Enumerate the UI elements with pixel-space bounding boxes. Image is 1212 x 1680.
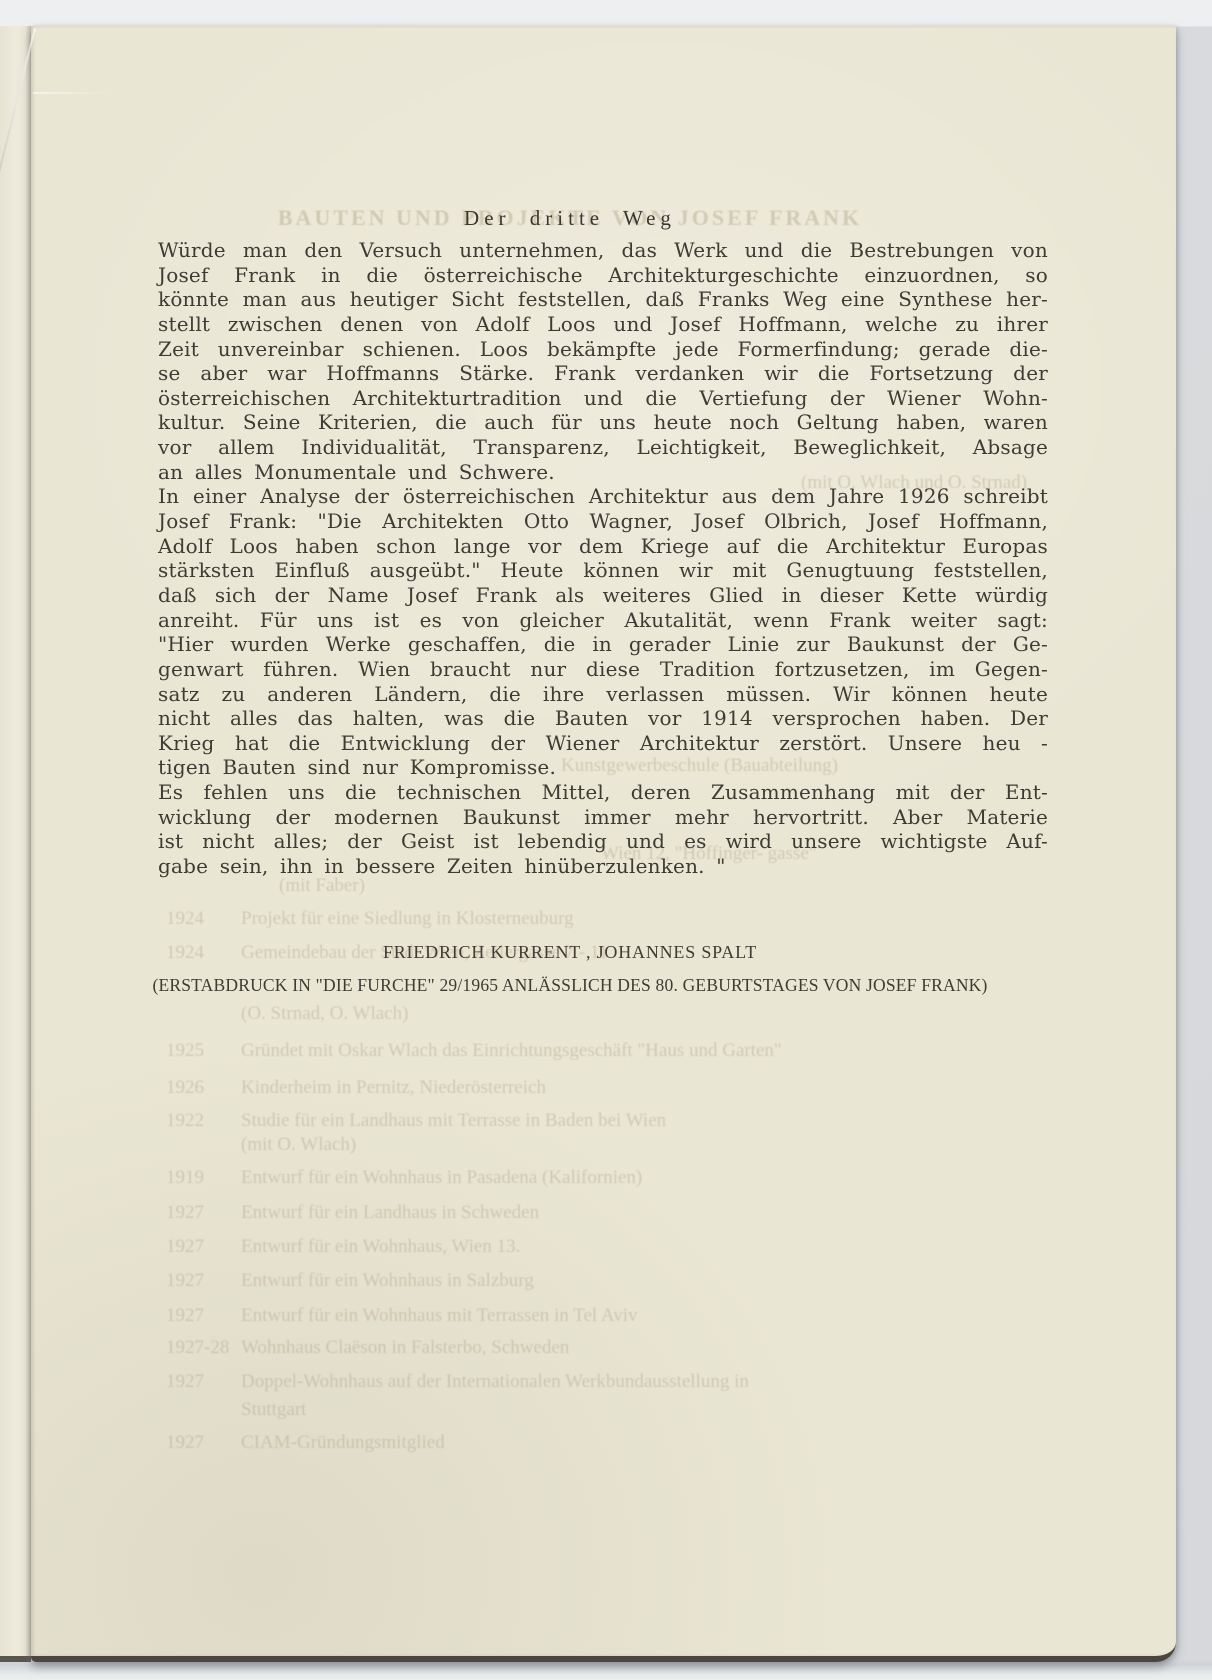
ghost-list-row: (mit O. Wlach)	[166, 1134, 1106, 1156]
body-line: Es fehlen uns die technischen Mittel, de…	[158, 780, 1048, 805]
scan-background: { "document": { "title": "Der dritte Weg…	[0, 0, 1212, 1680]
body-line: kultur. Seine Kriterien, die auch für un…	[158, 410, 1048, 435]
ghost-list-row: 1927Entwurf für ein Landhaus in Schweden	[166, 1202, 1106, 1224]
body-line: Krieg hat die Entwicklung der Wiener Arc…	[158, 731, 1048, 756]
body-line: nicht alles das halten, was die Bauten v…	[158, 706, 1048, 731]
ghost-list-row: 1927CIAM-Gründungsmitglied	[166, 1432, 1106, 1454]
authors-byline: FRIEDRICH KURRENT , JOHANNES SPALT	[125, 941, 1015, 963]
body-line: daß sich der Name Josef Frank als weiter…	[158, 583, 1048, 608]
page-title: Der dritte Weg	[125, 204, 1015, 232]
body-line: an alles Monumentale und Schwere.	[158, 460, 1048, 485]
body-line: "Hier wurden Werke geschaffen, die in ge…	[158, 632, 1048, 657]
body-line: vor allem Individualität, Transparenz, L…	[158, 435, 1048, 460]
ghost-list-row: 1927Doppel-Wohnhaus auf der Internationa…	[166, 1371, 1106, 1393]
body-line: stärksten Einfluß ausgeübt." Heute könne…	[158, 558, 1048, 583]
body-line: tigen Bauten sind nur Kompromisse.	[158, 755, 1048, 780]
body-line: ist nicht alles; der Geist ist lebendig …	[158, 829, 1048, 854]
body-line: wicklung der modernen Baukunst immer meh…	[158, 805, 1048, 830]
body-line: könnte man aus heutiger Sicht feststelle…	[158, 287, 1048, 312]
body-line: Josef Frank: "Die Architekten Otto Wagne…	[158, 509, 1048, 534]
ghost-list-row: 1919Entwurf für ein Wohnhaus in Pasadena…	[166, 1167, 1106, 1189]
ghost-list-row: (O. Strnad, O. Wlach)	[166, 1003, 1106, 1025]
ghost-list-row: Stuttgart	[166, 1399, 1106, 1421]
body-line: stellt zwischen denen von Adolf Loos und…	[158, 312, 1048, 337]
body-line: satz zu anderen Ländern, die ihre verlas…	[158, 682, 1048, 707]
body-line: Adolf Loos haben schon lange vor dem Kri…	[158, 534, 1048, 559]
body-line: se aber war Hoffmanns Stärke. Frank verd…	[158, 361, 1048, 386]
body-line: genwart führen. Wien braucht nur diese T…	[158, 657, 1048, 682]
ghost-list-row: 1927Entwurf für ein Wohnhaus mit Terrass…	[166, 1305, 1106, 1327]
ghost-list-row: 1927-28Wohnhaus Claëson in Falsterbo, Sc…	[166, 1337, 1106, 1359]
ghost-list-row: 1927Entwurf für ein Wohnhaus, Wien 13.	[166, 1236, 1106, 1258]
body-line: Zeit unvereinbar schienen. Loos bekämpft…	[158, 337, 1048, 362]
ghost-list-row: 1927Entwurf für ein Wohnhaus in Salzburg	[166, 1270, 1106, 1292]
body-text: Würde man den Versuch unternehmen, das W…	[158, 238, 1048, 879]
body-line: Würde man den Versuch unternehmen, das W…	[158, 238, 1048, 263]
body-line: gabe sein, ihn in bessere Zeiten hinüber…	[158, 854, 1048, 879]
ghost-list-row: 1922Studie für ein Landhaus mit Terrasse…	[166, 1110, 1106, 1132]
underlying-page-edge	[0, 26, 31, 1662]
ghost-list-row: 1925Gründet mit Oskar Wlach das Einricht…	[166, 1040, 1106, 1062]
body-line: österreichischen Architekturtradition un…	[158, 386, 1048, 411]
body-line: anreiht. Für uns ist es von gleicher Aku…	[158, 608, 1048, 633]
scanned-document-page: BAUTEN UND PROJEKTE VON JOSEF FRANK (mit…	[31, 26, 1176, 1662]
printed-content: Der dritte Weg Würde man den Versuch unt…	[158, 204, 1048, 996]
body-line: In einer Analyse der österreichischen Ar…	[158, 484, 1048, 509]
first-printing-credit: (ERSTABDRUCK IN "DIE FURCHE" 29/1965 ANL…	[125, 975, 1015, 996]
body-line: Josef Frank in die österreichische Archi…	[158, 263, 1048, 288]
ghost-list-row: 1926Kinderheim in Pernitz, Niederösterre…	[166, 1077, 1106, 1099]
paper-crease-horizontal	[33, 92, 111, 94]
